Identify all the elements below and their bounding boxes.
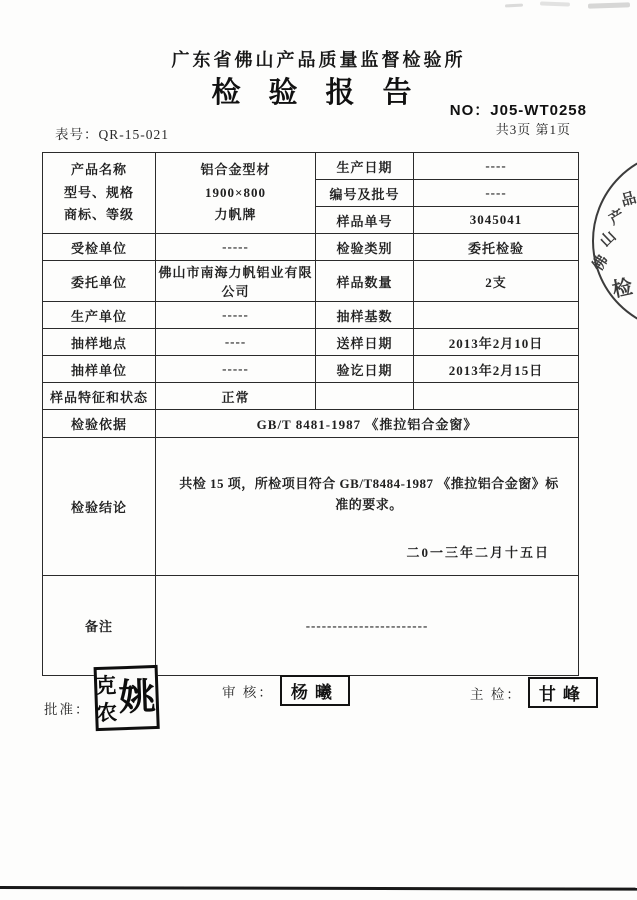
field-label: 样品单号 (316, 207, 414, 234)
product-value-line: 铝合金型材 (158, 159, 313, 182)
field-label: 生产日期 (316, 153, 414, 180)
scan-smudge (540, 1, 570, 6)
field-value: 委托检验 (414, 234, 579, 261)
table-row: 抽样单位 ----- 验讫日期 2013年2月15日 (43, 356, 579, 383)
field-label: 受检单位 (43, 234, 156, 261)
field-label: 抽样地点 (43, 329, 156, 356)
table-row: 检验结论 共检 15 项，所检项目符合 GB/T8484-1987 《推拉铝合金… (43, 438, 579, 576)
field-label: 样品数量 (316, 261, 414, 302)
chief-name-stamp: 甘峰 (528, 677, 598, 708)
field-value: ---- (414, 180, 579, 207)
table-row: 受检单位 ----- 检验类别 委托检验 (43, 234, 579, 261)
product-label-line: 型号、规格 (45, 182, 153, 205)
conclusion-label: 检验结论 (43, 438, 156, 576)
product-value-line: 1900×800 (158, 182, 313, 205)
field-value: ----- (156, 234, 316, 261)
field-label (316, 383, 414, 410)
review-name-stamp: 杨曦 (280, 675, 350, 706)
product-label-line: 产品名称 (45, 159, 153, 182)
report-number: NO：J05-WT0258 (450, 99, 587, 120)
field-value: ---- (156, 329, 316, 356)
field-label: 生产单位 (43, 302, 156, 329)
page-bottom-scan-edge (0, 886, 637, 890)
basis-label: 检验依据 (43, 410, 156, 438)
seal-char: 姚 (118, 678, 158, 716)
product-label-cell: 产品名称 型号、规格 商标、等级 (43, 153, 156, 234)
conclusion-text: 共检 15 项，所检项目符合 GB/T8484-1987 《推拉铝合金窗》标准的… (158, 452, 576, 516)
field-value (414, 302, 579, 329)
table-row: 检验依据 GB/T 8481-1987 《推拉铝合金窗》 (43, 410, 579, 438)
conclusion-date: 二0一三年二月十五日 (158, 542, 576, 561)
field-value: 2013年2月10日 (414, 329, 579, 356)
pagination: 共3页 第1页 (496, 119, 571, 138)
institute-name: 广东省佛山产品质量监督检验所 (0, 46, 637, 72)
field-label: 抽样基数 (316, 302, 414, 329)
field-label: 抽样单位 (43, 356, 156, 383)
table-row: 委托单位 佛山市南海力帆铝业有限公司 样品数量 2支 (43, 261, 579, 302)
seal-char: 克 (94, 674, 118, 698)
table-row: 产品名称 型号、规格 商标、等级 铝合金型材 1900×800 力帆牌 生产日期… (43, 153, 579, 180)
report-number-label: NO： (450, 102, 491, 119)
field-label: 送样日期 (316, 329, 414, 356)
field-value: 正常 (156, 383, 316, 410)
approve-signature: 批准： 克 农 姚 (44, 676, 159, 740)
remarks-label: 备注 (43, 576, 156, 676)
approve-label: 批准： (44, 698, 91, 718)
product-value-line: 力帆牌 (158, 204, 313, 227)
field-label: 样品特征和状态 (43, 383, 156, 410)
table-row: 样品特征和状态 正常 (43, 383, 579, 410)
field-value: ----- (156, 302, 316, 329)
field-value: 2支 (414, 261, 579, 302)
form-number: 表号：QR-15-021 (55, 123, 169, 143)
field-value: 3045041 (414, 207, 579, 234)
field-value: ----- (156, 356, 316, 383)
approval-name-seal: 克 农 姚 (93, 665, 159, 731)
chief-inspector-signature: 主 检： 甘峰 (470, 677, 598, 708)
field-label: 编号及批号 (316, 180, 414, 207)
seal-left-column: 克 农 (94, 672, 119, 725)
product-label-line: 商标、等级 (45, 204, 153, 227)
table-row: 抽样地点 ---- 送样日期 2013年2月10日 (43, 329, 579, 356)
conclusion-cell: 共检 15 项，所检项目符合 GB/T8484-1987 《推拉铝合金窗》标准的… (156, 438, 579, 576)
scan-smudge (505, 4, 523, 8)
chief-label: 主 检： (470, 683, 522, 703)
scan-smudge (588, 2, 630, 8)
table-row: 生产单位 ----- 抽样基数 (43, 302, 579, 329)
field-value: 佛山市南海力帆铝业有限公司 (156, 261, 316, 302)
basis-value: GB/T 8481-1987 《推拉铝合金窗》 (156, 410, 579, 438)
field-value (414, 383, 579, 410)
review-label: 审 核： (222, 681, 274, 701)
remarks-value: ----------------------- (156, 576, 579, 676)
product-value-cell: 铝合金型材 1900×800 力帆牌 (156, 153, 316, 234)
scanned-report-page: 广东省佛山产品质量监督检验所 检验报告 NO：J05-WT0258 共3页 第1… (0, 0, 637, 900)
field-value: ---- (414, 153, 579, 180)
report-table: 产品名称 型号、规格 商标、等级 铝合金型材 1900×800 力帆牌 生产日期… (42, 152, 579, 676)
field-label: 验讫日期 (316, 356, 414, 383)
field-value: 2013年2月15日 (414, 356, 579, 383)
review-signature: 审 核： 杨曦 (222, 675, 350, 706)
seal-char: 农 (95, 701, 119, 725)
report-number-value: J05-WT0258 (490, 102, 587, 119)
field-label: 检验类别 (316, 234, 414, 261)
field-label: 委托单位 (43, 261, 156, 302)
table-row: 备注 ----------------------- (43, 576, 579, 676)
